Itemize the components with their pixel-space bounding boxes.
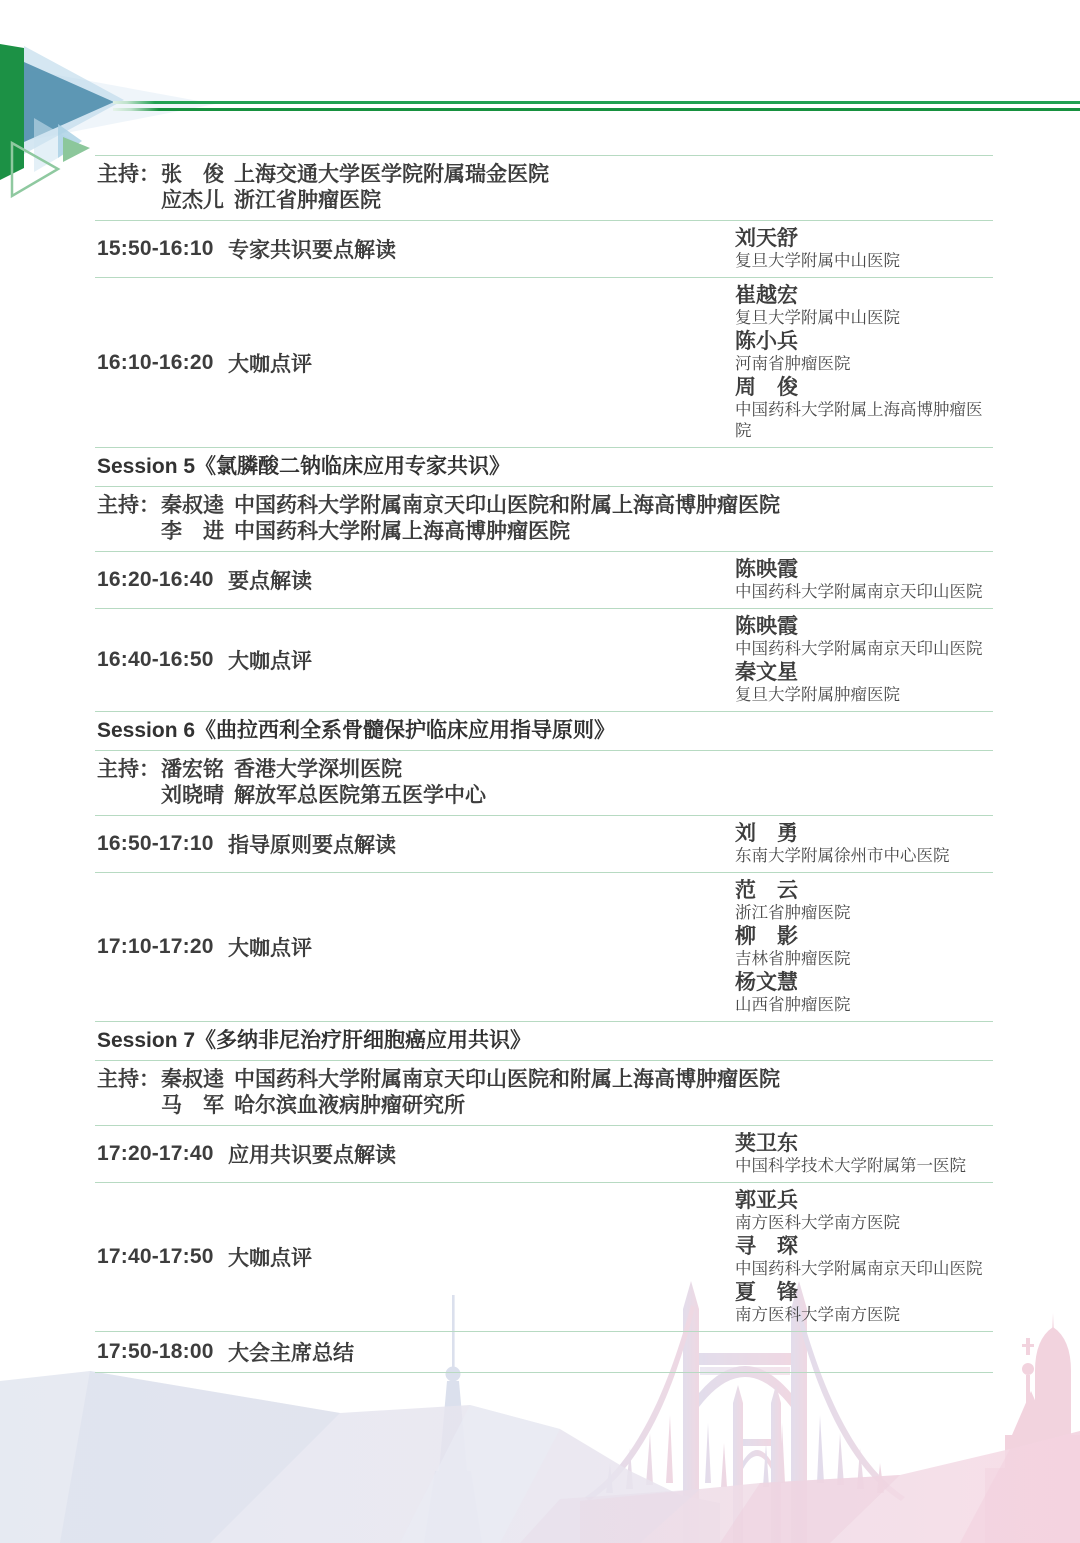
chair-name: 秦叔逵	[161, 493, 224, 519]
chair-line: 马 军哈尔滨血液病肿瘤研究所	[161, 1093, 780, 1119]
chair-line: 应杰儿浙江省肿瘤医院	[161, 188, 549, 214]
speakers-cell: 郭亚兵南方医科大学南方医院寻 琛中国药科大学附属南京天印山医院夏 锋南方医科大学…	[735, 1188, 983, 1326]
speaker-name: 柳 影	[735, 924, 851, 949]
topic-title: 大咖点评	[228, 645, 312, 675]
agenda-item-left: 16:10-16:20大咖点评	[97, 348, 735, 378]
chair-name: 秦叔逵	[161, 1067, 224, 1093]
chairs-list: 张 俊上海交通大学医学院附属瑞金医院应杰儿浙江省肿瘤医院	[161, 162, 549, 214]
agenda-item-row: 16:10-16:20大咖点评崔越宏复旦大学附属中山医院陈小兵河南省肿瘤医院周 …	[95, 278, 993, 448]
chair-name: 应杰儿	[161, 188, 224, 214]
church-silhouette	[985, 1313, 1080, 1543]
chair-name: 马 军	[161, 1093, 224, 1119]
chair-line: 潘宏铭香港大学深圳医院	[161, 757, 486, 783]
speaker-name: 寻 琛	[735, 1234, 983, 1259]
speaker-affiliation: 南方医科大学南方医院	[735, 1305, 983, 1326]
speaker-name: 陈映霞	[735, 614, 983, 639]
session-title: Session 5《氯膦酸二钠临床应用专家共识》	[97, 455, 510, 479]
chair-affiliation: 香港大学深圳医院	[234, 757, 402, 783]
speaker-name: 刘 勇	[735, 821, 950, 846]
schedule-table: 主持：张 俊上海交通大学医学院附属瑞金医院应杰儿浙江省肿瘤医院15:50-16:…	[95, 155, 993, 1373]
chair-affiliation: 上海交通大学医学院附属瑞金医院	[234, 162, 549, 188]
speaker-name: 郭亚兵	[735, 1188, 983, 1213]
time-range: 16:10-16:20	[97, 351, 228, 375]
speaker-affiliation: 复旦大学附属中山医院	[735, 308, 991, 329]
agenda-item-row: 17:40-17:50大咖点评郭亚兵南方医科大学南方医院寻 琛中国药科大学附属南…	[95, 1183, 993, 1332]
speaker-affiliation: 河南省肿瘤医院	[735, 354, 991, 375]
speaker-affiliation: 吉林省肿瘤医院	[735, 949, 851, 970]
chairs-list: 秦叔逵中国药科大学附属南京天印山医院和附属上海高博肿瘤医院李 进中国药科大学附属…	[161, 493, 780, 545]
speaker-affiliation: 南方医科大学南方医院	[735, 1213, 983, 1234]
conference-agenda-page: { "meta": { "accent_green_top": "#21a152…	[0, 0, 1080, 1543]
chair-name: 李 进	[161, 519, 224, 545]
top-rule-line-2	[113, 108, 1080, 111]
agenda-item-left: 15:50-16:10专家共识要点解读	[97, 234, 735, 264]
topic-title: 大咖点评	[228, 1242, 312, 1272]
speaker-name: 杨文慧	[735, 970, 851, 995]
time-range: 16:50-17:10	[97, 832, 228, 856]
time-range: 17:50-18:00	[97, 1340, 228, 1364]
chair-name: 张 俊	[161, 162, 224, 188]
speakers-cell: 范 云浙江省肿瘤医院柳 影吉林省肿瘤医院杨文慧山西省肿瘤医院	[735, 878, 851, 1016]
topic-title: 专家共识要点解读	[228, 234, 396, 264]
top-double-rule	[113, 101, 1080, 114]
chair-affiliation: 中国药科大学附属南京天印山医院和附属上海高博肿瘤医院	[234, 493, 780, 519]
speaker-affiliation: 中国药科大学附属上海高博肿瘤医院	[735, 400, 991, 442]
speaker-affiliation: 中国药科大学附属南京天印山医院	[735, 1259, 983, 1280]
chairs-label: 主持：	[97, 1067, 161, 1119]
agenda-item-left: 17:40-17:50大咖点评	[97, 1242, 735, 1272]
session-title: Session 6《曲拉西利全系骨髓保护临床应用指导原则》	[97, 719, 615, 743]
speaker-affiliation: 山西省肿瘤医院	[735, 995, 851, 1016]
topic-title: 大会主席总结	[228, 1337, 354, 1367]
agenda-item-left: 17:10-17:20大咖点评	[97, 932, 735, 962]
agenda-item-row: 17:10-17:20大咖点评范 云浙江省肿瘤医院柳 影吉林省肿瘤医院杨文慧山西…	[95, 873, 993, 1022]
chair-affiliation: 解放军总医院第五医学中心	[234, 783, 486, 809]
speakers-cell: 刘天舒复旦大学附属中山医院	[735, 226, 900, 272]
speakers-cell: 陈映霞中国药科大学附属南京天印山医院	[735, 557, 983, 603]
time-range: 17:20-17:40	[97, 1142, 228, 1166]
chairs-row: 主持：秦叔逵中国药科大学附属南京天印山医院和附属上海高博肿瘤医院马 军哈尔滨血液…	[95, 1061, 993, 1126]
speaker-name: 崔越宏	[735, 283, 991, 308]
speaker-name: 陈映霞	[735, 557, 983, 582]
chair-line: 张 俊上海交通大学医学院附属瑞金医院	[161, 162, 549, 188]
speaker-name: 陈小兵	[735, 329, 991, 354]
time-range: 16:40-16:50	[97, 648, 228, 672]
session-title: Session 7《多纳非尼治疗肝细胞癌应用共识》	[97, 1029, 531, 1053]
speaker-affiliation: 中国药科大学附属南京天印山医院	[735, 639, 983, 660]
agenda-item-row: 15:50-16:10专家共识要点解读刘天舒复旦大学附属中山医院	[95, 221, 993, 278]
lowpoly-ground-wash	[0, 1371, 1080, 1543]
chairs-list: 秦叔逵中国药科大学附属南京天印山医院和附属上海高博肿瘤医院马 军哈尔滨血液病肿瘤…	[161, 1067, 780, 1119]
speakers-cell: 刘 勇东南大学附属徐州市中心医院	[735, 821, 950, 867]
agenda-item-left: 17:20-17:40应用共识要点解读	[97, 1139, 735, 1169]
speakers-cell: 崔越宏复旦大学附属中山医院陈小兵河南省肿瘤医院周 俊中国药科大学附属上海高博肿瘤…	[735, 283, 991, 442]
time-range: 15:50-16:10	[97, 237, 228, 261]
speaker-name: 范 云	[735, 878, 851, 903]
speaker-name: 夏 锋	[735, 1280, 983, 1305]
agenda-item-row: 16:40-16:50大咖点评陈映霞中国药科大学附属南京天印山医院秦文星复旦大学…	[95, 609, 993, 712]
speaker-name: 秦文星	[735, 660, 983, 685]
chairs-list: 潘宏铭香港大学深圳医院刘晓晴解放军总医院第五医学中心	[161, 757, 486, 809]
chair-affiliation: 中国药科大学附属上海高博肿瘤医院	[234, 519, 570, 545]
chairs-row: 主持：张 俊上海交通大学医学院附属瑞金医院应杰儿浙江省肿瘤医院	[95, 156, 993, 221]
agenda-item-left: 16:50-17:10指导原则要点解读	[97, 829, 735, 859]
topic-title: 应用共识要点解读	[228, 1139, 396, 1169]
chair-line: 李 进中国药科大学附属上海高博肿瘤医院	[161, 519, 780, 545]
speakers-cell: 荚卫东中国科学技术大学附属第一医院	[735, 1131, 966, 1177]
chair-line: 刘晓晴解放军总医院第五医学中心	[161, 783, 486, 809]
speaker-name: 荚卫东	[735, 1131, 966, 1156]
speaker-name: 刘天舒	[735, 226, 900, 251]
speaker-affiliation: 浙江省肿瘤医院	[735, 903, 851, 924]
chair-name: 刘晓晴	[161, 783, 224, 809]
speakers-cell: 陈映霞中国药科大学附属南京天印山医院秦文星复旦大学附属肿瘤医院	[735, 614, 983, 706]
agenda-item-row: 17:20-17:40应用共识要点解读荚卫东中国科学技术大学附属第一医院	[95, 1126, 993, 1183]
chair-affiliation: 中国药科大学附属南京天印山医院和附属上海高博肿瘤医院	[234, 1067, 780, 1093]
chair-line: 秦叔逵中国药科大学附属南京天印山医院和附属上海高博肿瘤医院	[161, 493, 780, 519]
agenda-item-left: 16:20-16:40要点解读	[97, 565, 735, 595]
speaker-affiliation: 东南大学附属徐州市中心医院	[735, 846, 950, 867]
agenda-item-left: 17:50-18:00大会主席总结	[97, 1337, 735, 1367]
agenda-item-row: 16:50-17:10指导原则要点解读刘 勇东南大学附属徐州市中心医院	[95, 816, 993, 873]
topic-title: 大咖点评	[228, 932, 312, 962]
topic-title: 要点解读	[228, 565, 312, 595]
time-range: 17:40-17:50	[97, 1245, 228, 1269]
time-range: 17:10-17:20	[97, 935, 228, 959]
time-range: 16:20-16:40	[97, 568, 228, 592]
speaker-affiliation: 中国科学技术大学附属第一医院	[735, 1156, 966, 1177]
speaker-name: 周 俊	[735, 375, 991, 400]
chair-affiliation: 哈尔滨血液病肿瘤研究所	[234, 1093, 465, 1119]
topic-title: 大咖点评	[228, 348, 312, 378]
session-header-row: Session 6《曲拉西利全系骨髓保护临床应用指导原则》	[95, 712, 993, 751]
chairs-label: 主持：	[97, 757, 161, 809]
session-header-row: Session 5《氯膦酸二钠临床应用专家共识》	[95, 448, 993, 487]
agenda-item-row: 17:50-18:00大会主席总结	[95, 1332, 993, 1373]
speaker-affiliation: 复旦大学附属肿瘤医院	[735, 685, 983, 706]
agenda-item-row: 16:20-16:40要点解读陈映霞中国药科大学附属南京天印山医院	[95, 552, 993, 609]
speaker-affiliation: 中国药科大学附属南京天印山医院	[735, 582, 983, 603]
chairs-row: 主持：潘宏铭香港大学深圳医院刘晓晴解放军总医院第五医学中心	[95, 751, 993, 816]
chairs-label: 主持：	[97, 493, 161, 545]
chair-affiliation: 浙江省肿瘤医院	[234, 188, 381, 214]
chair-name: 潘宏铭	[161, 757, 224, 783]
speaker-affiliation: 复旦大学附属中山医院	[735, 251, 900, 272]
agenda-item-left: 16:40-16:50大咖点评	[97, 645, 735, 675]
chairs-label: 主持：	[97, 162, 161, 214]
topic-title: 指导原则要点解读	[228, 829, 396, 859]
chair-line: 秦叔逵中国药科大学附属南京天印山医院和附属上海高博肿瘤医院	[161, 1067, 780, 1093]
chairs-row: 主持：秦叔逵中国药科大学附属南京天印山医院和附属上海高博肿瘤医院李 进中国药科大…	[95, 487, 993, 552]
session-header-row: Session 7《多纳非尼治疗肝细胞癌应用共识》	[95, 1022, 993, 1061]
